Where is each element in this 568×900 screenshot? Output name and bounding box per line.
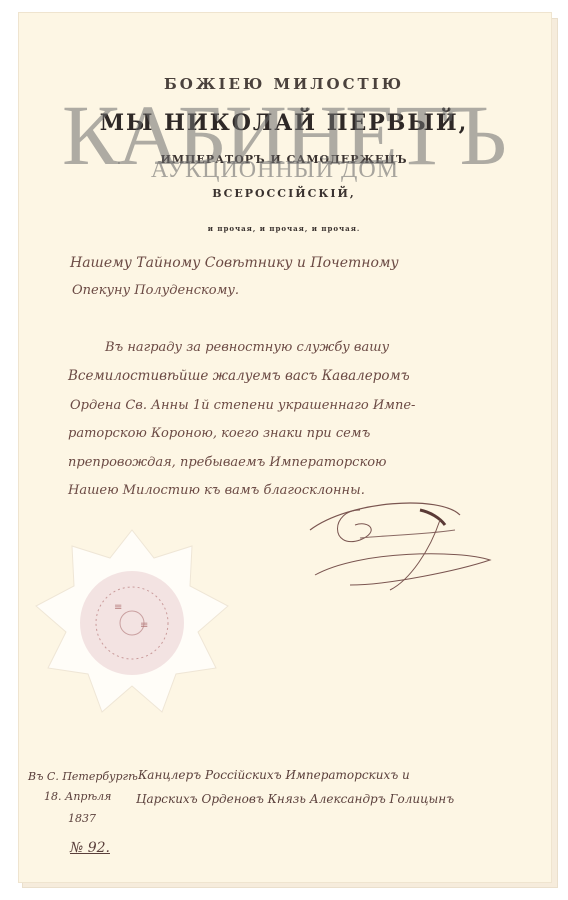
body-line-5: Ордена Св. Анны 1й степени украшеннаго И… [70, 398, 415, 413]
footer-place: Въ С. Петербургѣ [28, 770, 138, 783]
body-line-6: раторскою Короною, коего знаки при семъ [68, 426, 370, 441]
footer-year: 1837 [68, 812, 96, 825]
body-line-7: препровождая, пребываемъ Императорскою [68, 455, 386, 470]
countersign-line-1: Канцлеръ Россійскихъ Императорскихъ и [138, 768, 410, 782]
watermark-auction-house: АУКЦИОННЫЙ ДОМ [130, 158, 420, 182]
body-line-1: Нашему Тайному Совѣтнику и Почетному [70, 255, 399, 271]
svg-text:≡: ≡ [114, 602, 122, 613]
body-line-4: Всемилостивѣйше жалуемъ васъ Кавалеромъ [68, 368, 410, 384]
footer-date: 18. Апрѣля [44, 790, 111, 803]
countersign-line-2: Царскихъ Орденовъ Князь Александръ Голиц… [136, 792, 454, 806]
body-line-3: Въ награду за ревностную службу вашу [105, 340, 389, 355]
imperial-signature-icon [290, 490, 510, 600]
header-all-russian: ВСЕРОССІЙСКІЙ, [0, 187, 568, 200]
svg-text:≡: ≡ [140, 620, 148, 631]
body-line-2: Опекуну Полуденскому. [72, 283, 239, 298]
eight-point-star-seal-icon: ≡ ≡ [32, 528, 232, 718]
footer-number: № 92. [70, 840, 110, 856]
header-etcetera: и прочая, и прочая, и прочая. [0, 224, 568, 233]
